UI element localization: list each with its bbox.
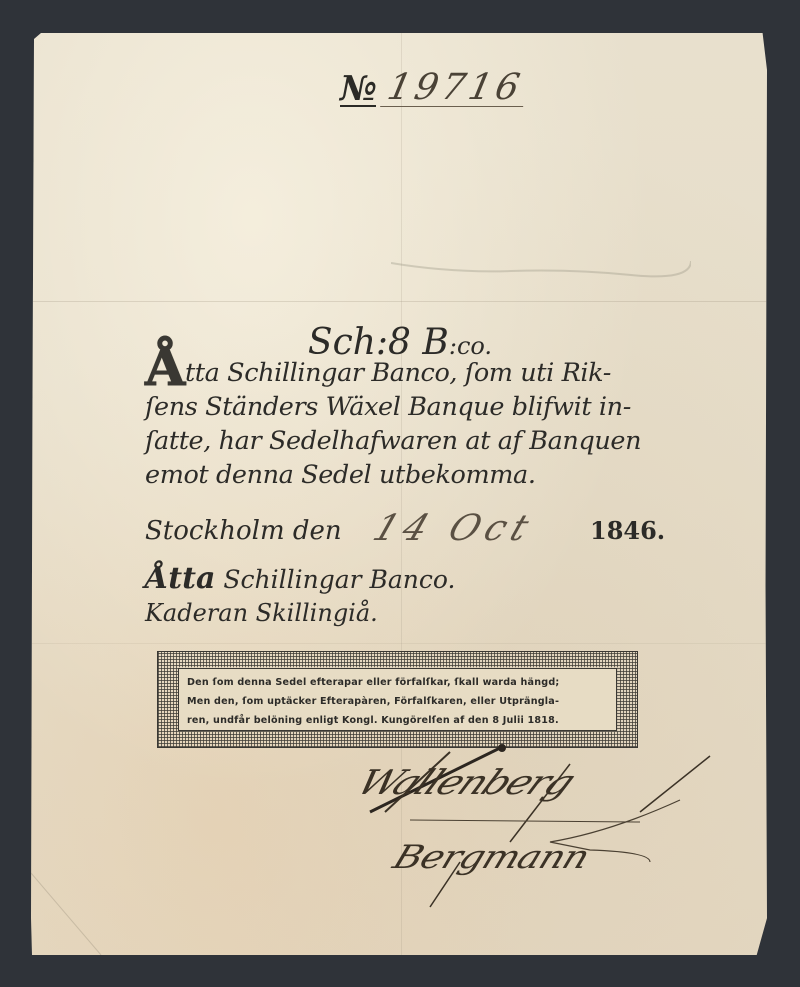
amount-finnish: Kaderan Skillingiå. — [145, 597, 455, 629]
watermark — [440, 180, 680, 240]
promise-line: ſens Ständers Wäxel Banque blifwit in- — [145, 390, 665, 424]
promise-line: ſatte, har Sedelhafwaren at af Banquen — [145, 424, 665, 458]
warning-line: Den ſom denna Sedel efterapar eller förf… — [187, 673, 608, 692]
serial-number: № 19716 — [340, 70, 527, 107]
warning-line: Men den, ſom uptäcker Efterapàren, Förfa… — [187, 692, 608, 711]
paper-wrinkle — [391, 243, 691, 283]
corner-fold-crease — [31, 863, 171, 955]
promise-text: Åtta Schillingar Banco, ſom uti Rik- ſen… — [145, 353, 665, 492]
issue-date: Stockholm den 14 Oct 1846. — [145, 510, 665, 550]
serial-handwritten: 19716 — [380, 70, 530, 107]
signature-1: Wallenberg — [350, 763, 581, 802]
amount-swedish: Åtta Schillingar Banco. — [145, 562, 455, 597]
promise-line: Åtta Schillingar Banco, ſom uti Rik- — [145, 353, 665, 390]
issue-year: 1846. — [590, 516, 665, 545]
issue-city: Stockholm den — [145, 516, 342, 546]
fold-crease — [31, 643, 767, 644]
warning-line: ren, undfår belöning enligt Kongl. Kungö… — [187, 711, 608, 730]
handwritten-date: 14 Oct — [368, 508, 540, 549]
dropcap: Å — [145, 337, 185, 398]
fold-crease — [31, 301, 767, 302]
numero-sign: № — [340, 73, 376, 107]
signature-2: Bergmann — [388, 838, 594, 875]
counterfeit-warning: Den ſom denna Sedel efterapar eller förf… — [178, 668, 617, 731]
counterfeit-warning-frame: Den ſom denna Sedel efterapar eller förf… — [157, 651, 638, 748]
promise-line: emot denna Sedel utbekomma. — [145, 458, 665, 492]
amount-text: Åtta Schillingar Banco. Kaderan Skilling… — [145, 562, 455, 629]
